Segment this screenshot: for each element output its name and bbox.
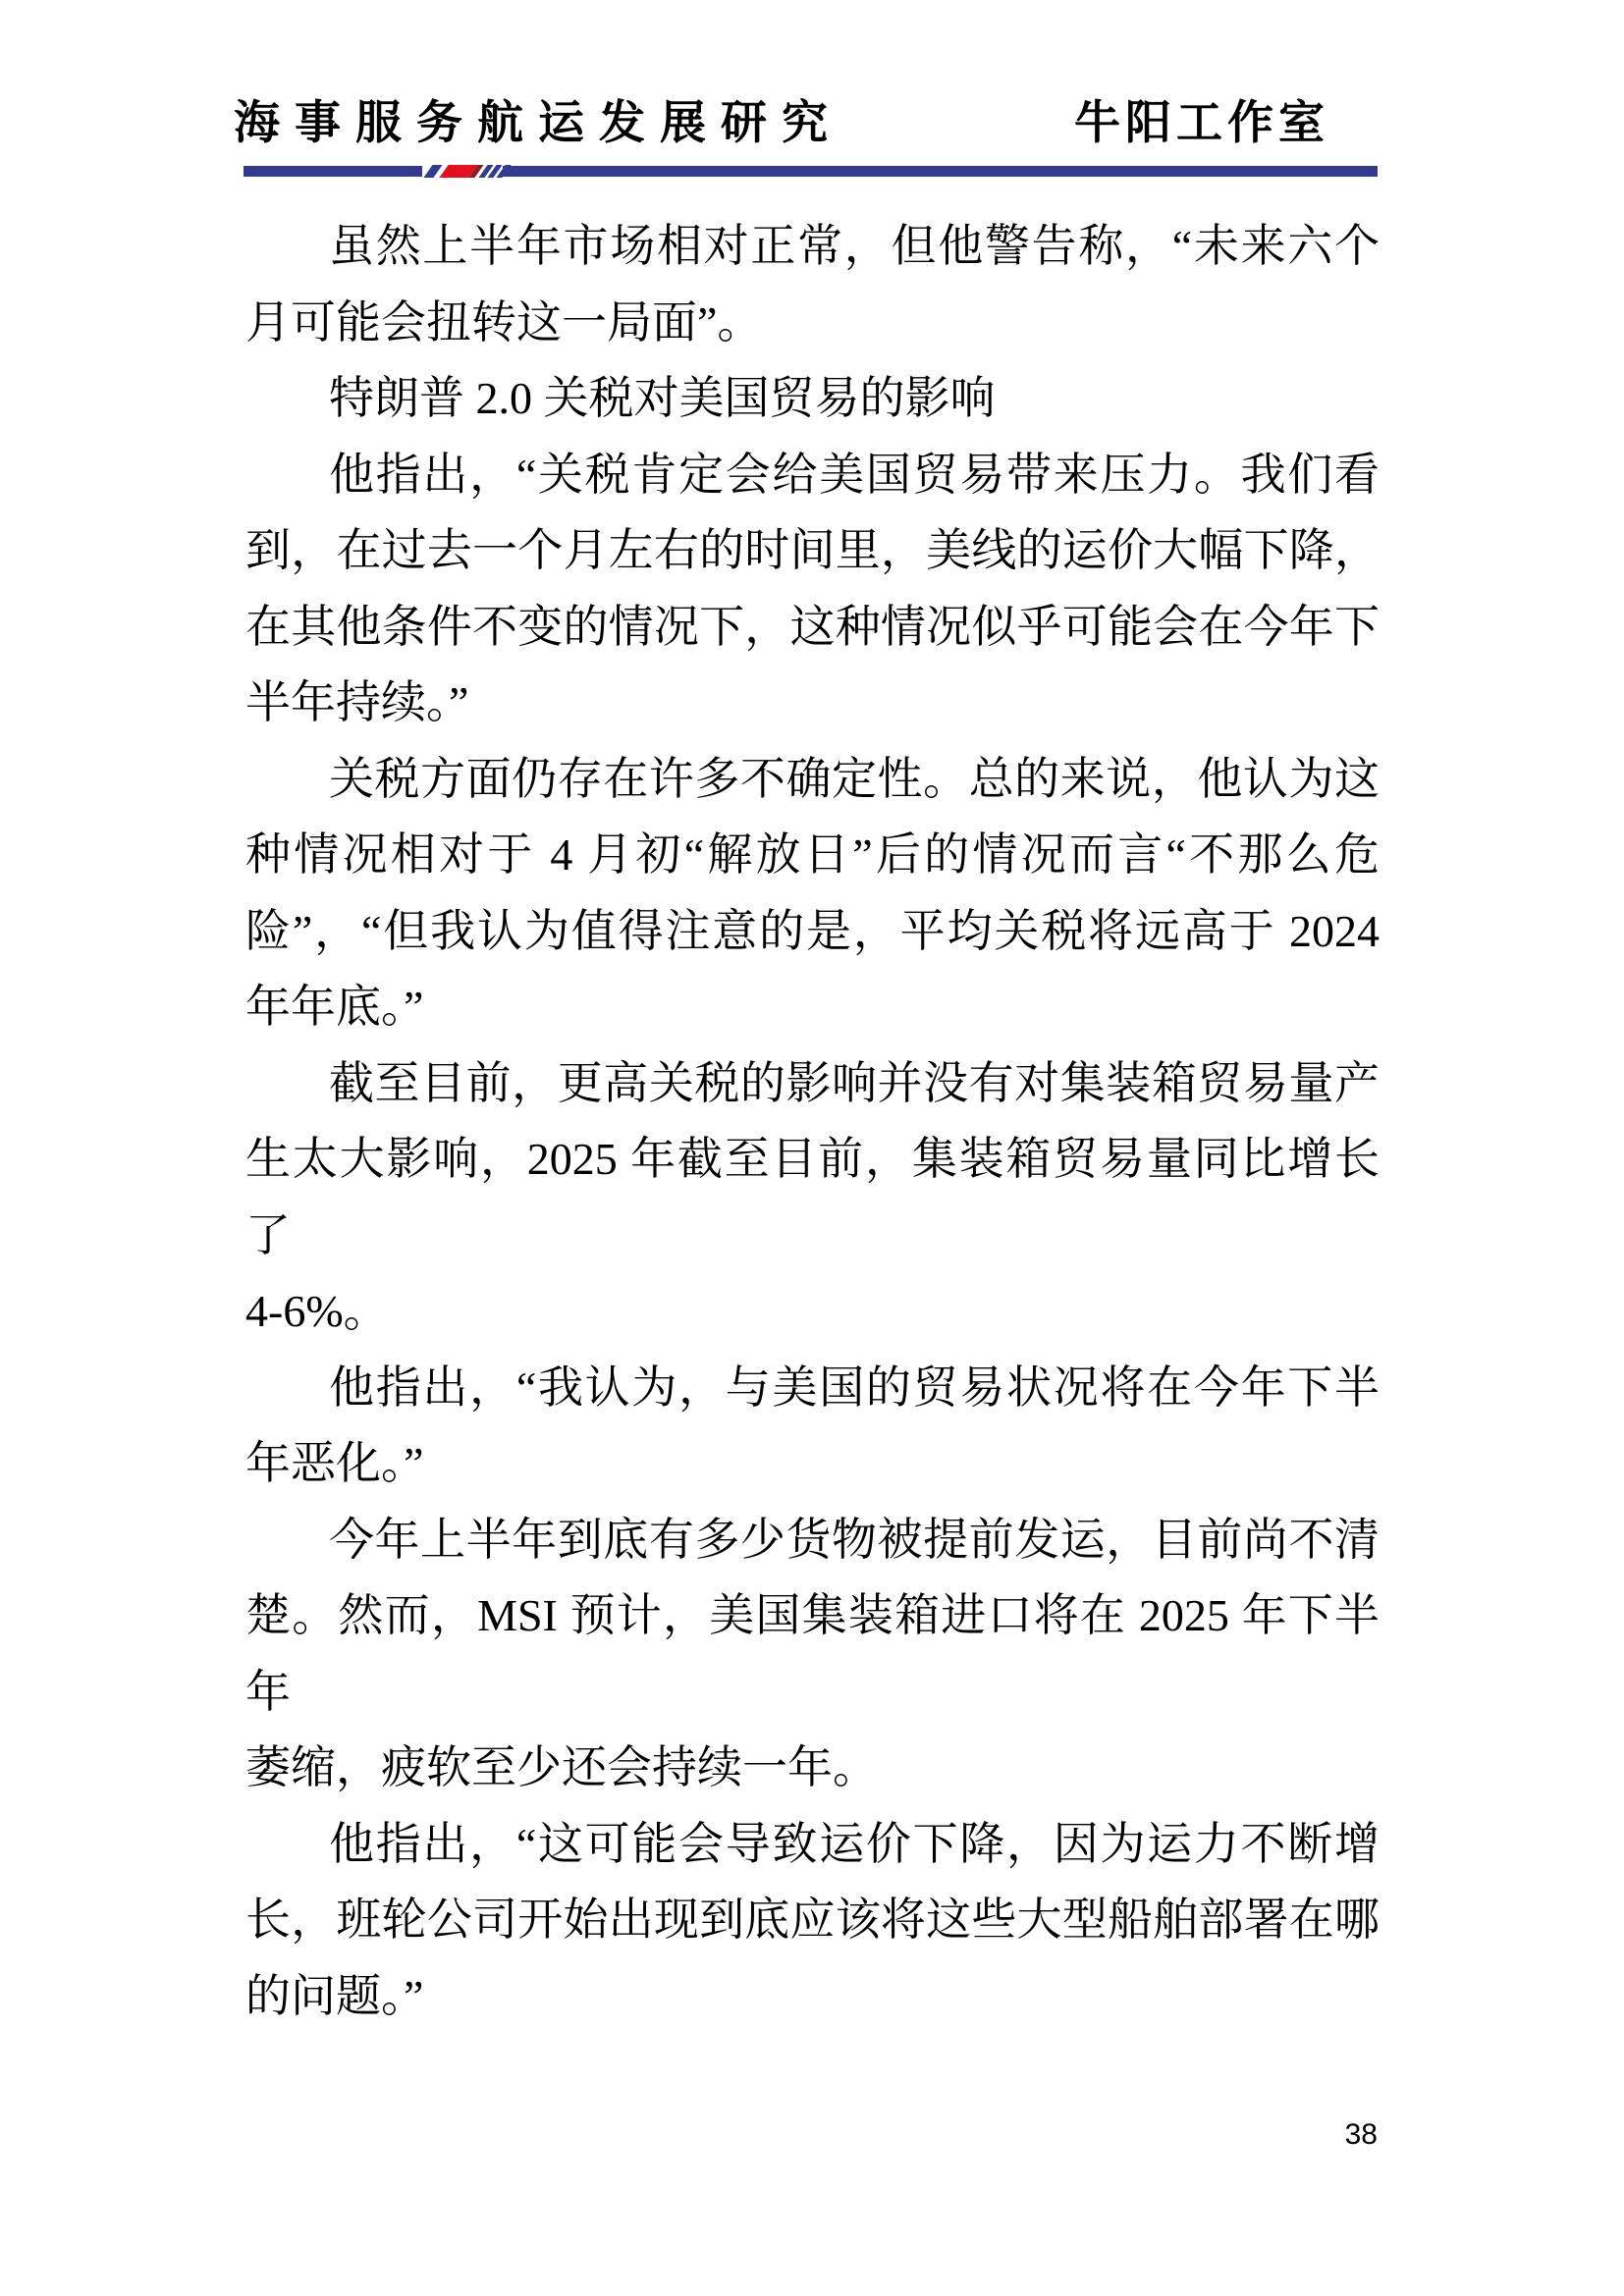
text-line: 4-6%。 xyxy=(245,1273,1380,1350)
text-line: 特朗普 2.0 关税对美国贸易的影响 xyxy=(245,360,1380,437)
text-line: 长，班轮公司开始出现到底应该将这些大型船舶部署在哪 xyxy=(245,1882,1380,1958)
paragraph: 虽然上半年市场相对正常，但他警告称，“未来六个月可能会扭转这一局面”。 xyxy=(245,208,1380,360)
text-line: 他指出，“我认为，与美国的贸易状况将在今年下半 xyxy=(245,1350,1380,1426)
text-line: 关税方面仍存在许多不确定性。总的来说，他认为这 xyxy=(245,741,1380,818)
text-line: 截至目前，更高关税的影响并没有对集装箱贸易量产 xyxy=(245,1045,1380,1122)
paragraph: 他指出，“关税肯定会给美国贸易带来压力。我们看到，在过去一个月左右的时间里，美线… xyxy=(245,437,1380,741)
text-line: 的问题。” xyxy=(245,1958,1380,2035)
header-title-right: 牛阳工作室 xyxy=(1074,96,1329,149)
text-line: 月可能会扭转这一局面”。 xyxy=(245,285,1380,361)
text-line: 今年上半年到底有多少货物被提前发运，目前尚不清 xyxy=(245,1502,1380,1578)
document-body: 虽然上半年市场相对正常，但他警告称，“未来六个月可能会扭转这一局面”。特朗普 2… xyxy=(245,208,1380,2034)
paragraph: 特朗普 2.0 关税对美国贸易的影响 xyxy=(245,360,1380,437)
paragraph: 截至目前，更高关税的影响并没有对集装箱贸易量产生太大影响，2025 年截至目前，… xyxy=(245,1045,1380,1350)
text-line: 年年底。” xyxy=(245,969,1380,1045)
text-line: 种情况相对于 4 月初“解放日”后的情况而言“不那么危 xyxy=(245,817,1380,893)
text-line: 楚。然而，MSI 预计，美国集装箱进口将在 2025 年下半年 xyxy=(245,1577,1380,1730)
text-line: 年恶化。” xyxy=(245,1425,1380,1502)
text-line: 虽然上半年市场相对正常，但他警告称，“未来六个 xyxy=(245,208,1380,285)
header-title-left: 海事服务航运发展研究 xyxy=(234,96,842,149)
text-line: 他指出，“这可能会导致运价下降，因为运力不断增 xyxy=(245,1806,1380,1883)
text-line: 到，在过去一个月左右的时间里，美线的运价大幅下降， xyxy=(245,512,1380,589)
text-line: 险”，“但我认为值得注意的是，平均关税将远高于 2024 xyxy=(245,893,1380,970)
text-line: 他指出，“关税肯定会给美国贸易带来压力。我们看 xyxy=(245,437,1380,513)
text-line: 半年持续。” xyxy=(245,665,1380,741)
text-line: 生太大影响，2025 年截至目前，集装箱贸易量同比增长了 xyxy=(245,1121,1380,1273)
paragraph: 今年上半年到底有多少货物被提前发运，目前尚不清楚。然而，MSI 预计，美国集装箱… xyxy=(245,1502,1380,1806)
paragraph: 他指出，“我认为，与美国的贸易状况将在今年下半年恶化。” xyxy=(245,1350,1380,1502)
header-rule xyxy=(244,166,1378,177)
text-line: 在其他条件不变的情况下，这种情况似乎可能会在今年下 xyxy=(245,589,1380,666)
paragraph: 他指出，“这可能会导致运价下降，因为运力不断增长，班轮公司开始出现到底应该将这些… xyxy=(245,1806,1380,2035)
document-page: 海事服务航运发展研究 牛阳工作室 虽然上半年市场相对正常，但他警告称，“未来六个… xyxy=(0,0,1624,2296)
text-line: 萎缩，疲软至少还会持续一年。 xyxy=(245,1730,1380,1806)
page-number: 38 xyxy=(1345,2118,1378,2152)
paragraph: 关税方面仍存在许多不确定性。总的来说，他认为这种情况相对于 4 月初“解放日”后… xyxy=(245,741,1380,1045)
header-rule-decoration xyxy=(422,165,503,178)
